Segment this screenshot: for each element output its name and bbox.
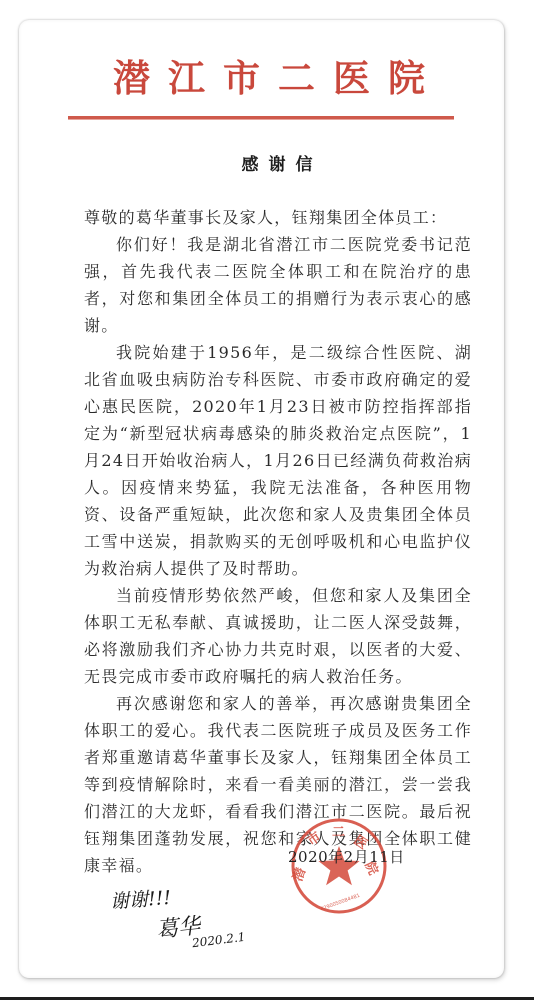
svg-text:二: 二 <box>332 825 345 840</box>
handwritten-note: 谢谢!!! 葛华 2020.2.1 <box>110 885 280 965</box>
letter-body: 尊敬的葛华董事长及家人，钰翔集团全体员工： 你们好！我是湖北省潜江市二医院党委书… <box>84 204 472 879</box>
document-title: 感谢信 <box>84 150 470 175</box>
letter-date: 2020年2月11日 <box>288 846 405 867</box>
salutation: 尊敬的葛华董事长及家人，钰翔集团全体员工： <box>84 204 472 231</box>
letterhead-divider <box>68 116 454 120</box>
paragraph-current-situation: 当前疫情形势依然严峻，但您和家人及集团全体职工无私奉献、真诚援助，让二医人深受鼓… <box>84 582 472 690</box>
letterhead-title: 潜江市二医院 <box>84 56 454 100</box>
paragraph-hospital-background: 我院始建于1956年，是二级综合性医院、湖北省血吸虫病防治专科医院、市委市政府确… <box>84 339 472 582</box>
paragraph-closing: 再次感谢您和家人的善举，再次感谢贵集团全体职工的爱心。我代表二医院班子成员及医务… <box>84 690 472 879</box>
paragraph-greeting: 你们好！我是湖北省潜江市二医院党委书记范强，首先我代表二医院全体职工和在院治疗的… <box>84 231 472 339</box>
handwritten-thanks: 谢谢!!! <box>109 883 172 914</box>
